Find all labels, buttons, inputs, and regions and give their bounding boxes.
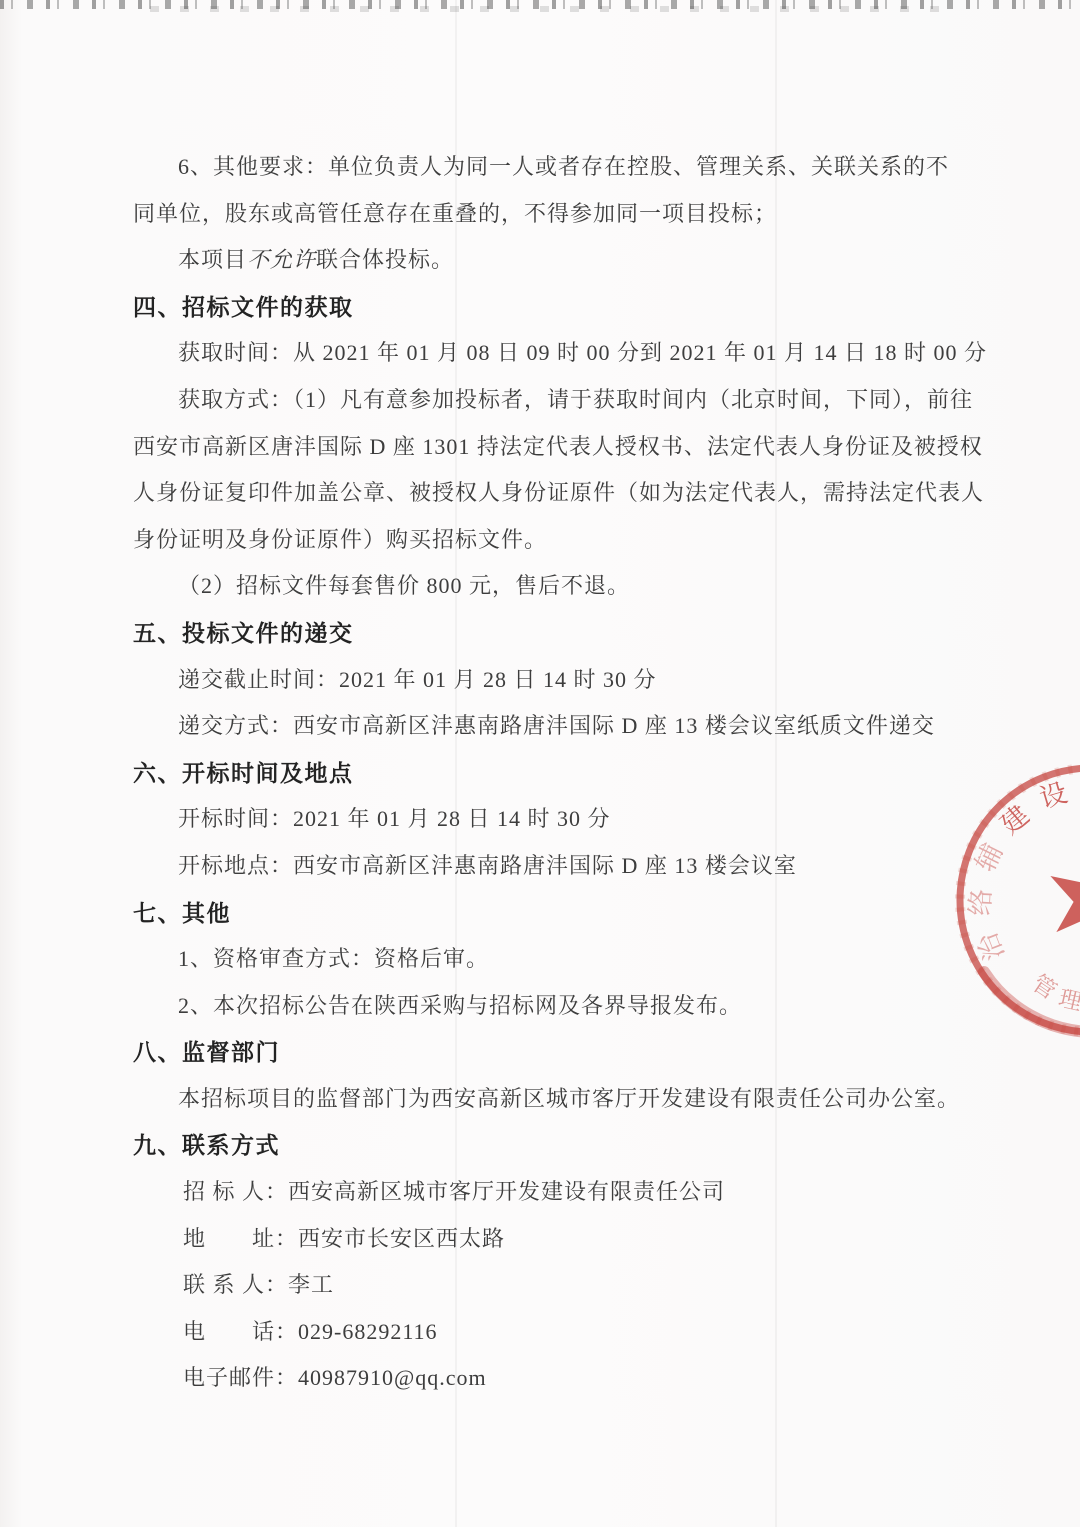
section-heading-4-obtain-documents: 四、招标文件的获取: [133, 284, 985, 331]
section-heading-9-contact: 九、联系方式: [133, 1122, 985, 1169]
no-consortium-italic: 不允许: [247, 247, 316, 272]
doc-line-obtain-method-cont1: 西安市高新区唐沣国际 D 座 1301 持法定代表人授权书、法定代表人身份证及被…: [133, 424, 985, 471]
seal-bottom-marks: 管理: [1028, 970, 1080, 1017]
doc-line-opening-time: 开标时间：2021 年 01 月 28 日 14 时 30 分: [133, 796, 985, 843]
section-heading-5-bid-submission: 五、投标文件的递交: [133, 610, 985, 657]
document-body: 6、其他要求：单位负责人为同一人或者存在控股、管理关系、关联关系的不 同单位，股…: [133, 144, 985, 1402]
doc-line-email: 电子邮件：40987910@qq.com: [133, 1355, 985, 1402]
doc-line-other-requirements: 6、其他要求：单位负责人为同一人或者存在控股、管理关系、关联关系的不: [133, 144, 985, 191]
doc-line-submission-method: 递交方式：西安市高新区沣惠南路唐沣国际 D 座 13 楼会议室纸质文件递交: [133, 703, 985, 750]
doc-line-obtain-method-cont3: 身份证明及身份证原件）购买招标文件。: [133, 517, 985, 564]
doc-line-other-requirements-cont: 同单位，股东或高管任意存在重叠的，不得参加同一项目投标；: [133, 191, 985, 238]
doc-line-tenderer: 招 标 人：西安高新区城市客厅开发建设有限责任公司: [133, 1169, 985, 1216]
doc-line-address: 地 址：西安市长安区西太路: [133, 1216, 985, 1263]
document-page: 6、其他要求：单位负责人为同一人或者存在控股、管理关系、关联关系的不 同单位，股…: [0, 0, 1080, 1527]
doc-line-qualification-review: 1、资格审查方式：资格后审。: [133, 936, 985, 983]
no-consortium-pre: 本项目: [178, 247, 247, 272]
doc-line-no-consortium: 本项目不允许联合体投标。: [133, 237, 985, 284]
doc-line-opening-place: 开标地点：西安市高新区沣惠南路唐沣国际 D 座 13 楼会议室: [133, 843, 985, 890]
no-consortium-post: 联合体投标。: [316, 247, 454, 272]
doc-line-obtain-time: 获取时间：从 2021 年 01 月 08 日 09 时 00 分到 2021 …: [133, 330, 985, 377]
doc-line-announcement-media: 2、本次招标公告在陕西采购与招标网及各界导报发布。: [133, 983, 985, 1030]
section-heading-8-supervision: 八、监督部门: [133, 1029, 985, 1076]
doc-line-document-price: （2）招标文件每套售价 800 元，售后不退。: [133, 563, 985, 610]
scan-edge-artifact-2: [150, 6, 950, 12]
doc-line-contact-person: 联 系 人：李工: [133, 1262, 985, 1309]
doc-line-obtain-method-cont2: 人身份证复印件加盖公章、被授权人身份证原件（如为法定代表人，需持法定代表人: [133, 470, 985, 517]
section-heading-7-other: 七、其他: [133, 890, 985, 937]
section-heading-6-bid-opening: 六、开标时间及地点: [133, 750, 985, 797]
doc-line-supervision-dept: 本招标项目的监督部门为西安高新区城市客厅开发建设有限责任公司办公室。: [133, 1076, 985, 1123]
star-icon: [1039, 844, 1080, 948]
doc-line-phone: 电 话：029-68292116: [133, 1309, 985, 1356]
doc-line-submission-deadline: 递交截止时间：2021 年 01 月 28 日 14 时 30 分: [133, 657, 985, 704]
doc-line-obtain-method: 获取方式：（1）凡有意参加投标者，请于获取时间内（北京时间，下同），前往: [133, 377, 985, 424]
